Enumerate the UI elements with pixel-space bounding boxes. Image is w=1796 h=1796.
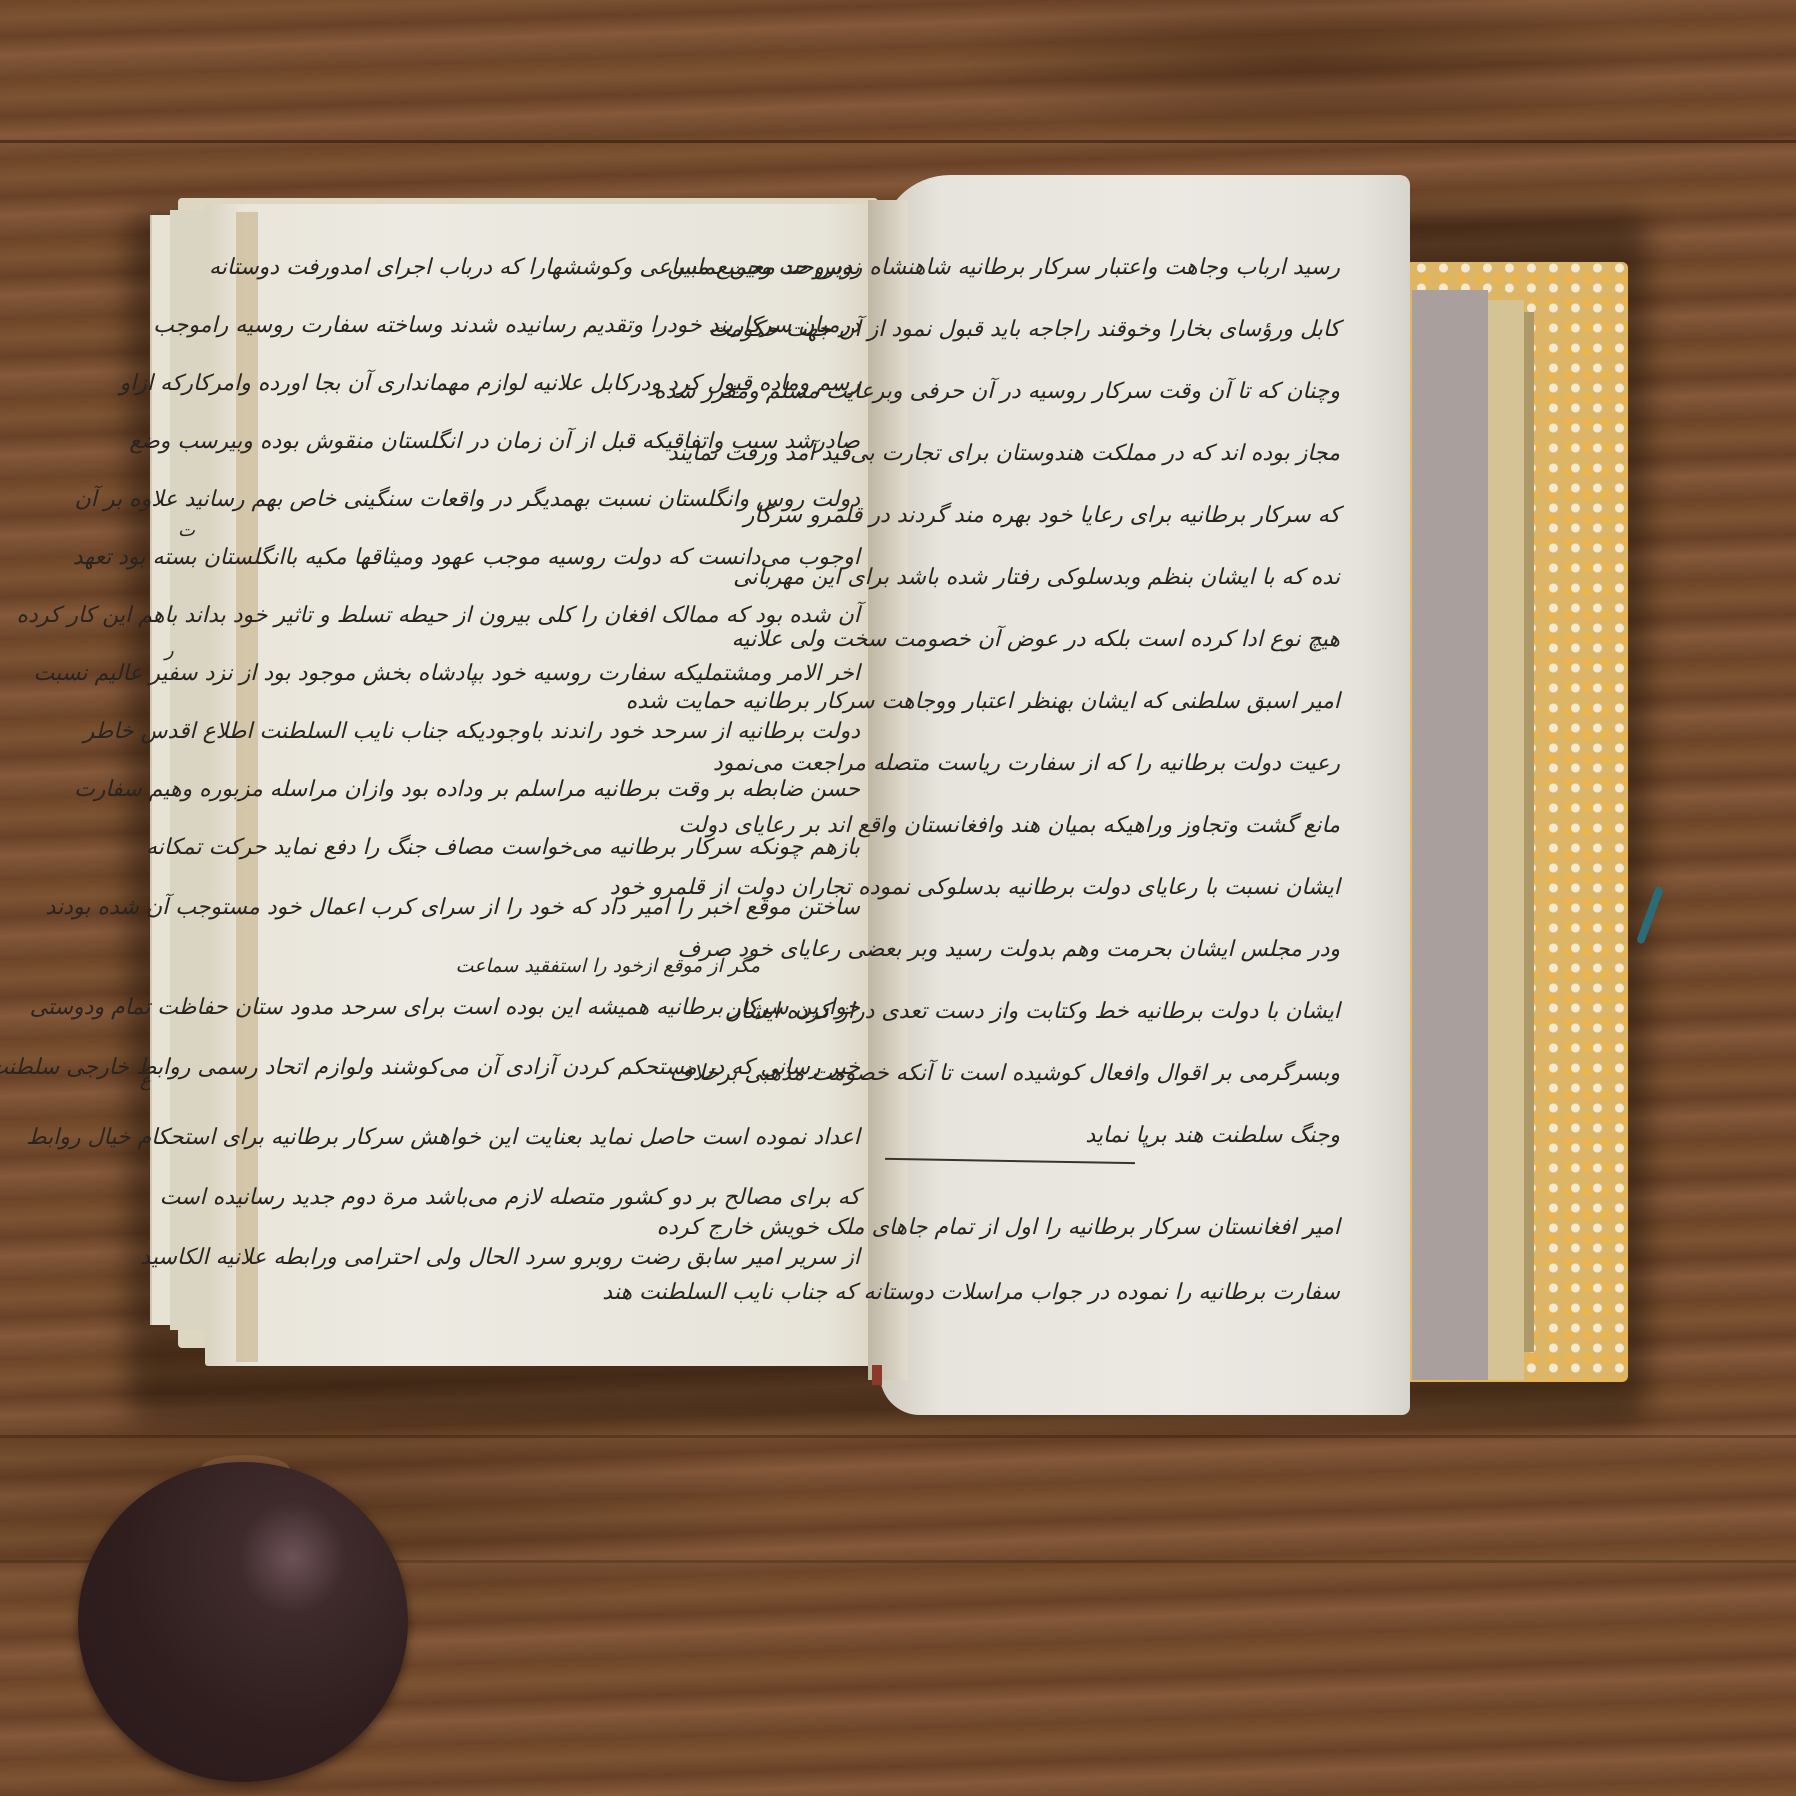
manuscript-line: نده که با ایشان بنظم وبدسلوکی رفتار شده … (733, 565, 1340, 590)
manuscript-line: اعداد نموده است حاصل نماید بعنایت این خو… (26, 1125, 860, 1150)
manuscript-line: امیر افغانستان سرکار برطانیه را اول از ت… (657, 1215, 1340, 1240)
manuscript-line: ایشان نسبت با رعایای دولت برطانیه بدسلوک… (610, 875, 1340, 900)
manuscript-line: وجنگ سلطنت هند برپا نماید (1085, 1123, 1340, 1148)
manuscript-line: رعیت دولت برطانیه را که از سفارت ریاست م… (713, 751, 1340, 776)
right-page-text: رسید ارباب وجاهت واعتبار سرکار برطانیه ش… (900, 255, 1340, 1345)
manuscript-line: وبسرگرمی بر اقوال وافعال کوشیده است تا آ… (670, 1061, 1340, 1086)
manuscript-line: دولت روس وانگلستان نسبت بهمدیگر در واقعا… (75, 487, 860, 512)
manuscript-line: آن شده بود که ممالک افغان را کلی بیرون ا… (17, 603, 861, 628)
wood-grain (0, 1435, 1796, 1438)
manuscript-line: سفارت برطانیه را نموده در جواب مراسلات د… (602, 1280, 1340, 1305)
margin-mark: ع (140, 1070, 151, 1091)
leather-coaster[interactable] (78, 1462, 408, 1782)
manuscript-line: وچنان که تا آن وقت سرکار روسیه در آن حرف… (654, 379, 1340, 404)
manuscript-line: که سرکار برطانیه برای رعایا خود بهره مند… (744, 503, 1340, 528)
manuscript-line: کابل ورؤسای بخارا وخوقند راجاجه باید قبو… (709, 317, 1340, 342)
manuscript-line: مانع گشت وتجاوز وراهیکه بمیان هند وافغان… (678, 813, 1340, 838)
left-page-text: ندیروحت وجمیع مساعی وکوششهارا که درباب ا… (350, 255, 860, 1315)
spine-thread (872, 1365, 882, 1385)
wood-grain (0, 140, 1796, 143)
manuscript-line: بازهم چونکه سرکار برطانیه می‌خواست مصاف … (146, 835, 860, 860)
manuscript-line: امیر اسبق سلطنی که ایشان بهنظر اعتبار وو… (626, 689, 1340, 714)
manuscript-line: که برای مصالح بر دو کشور متصله لازم می‌ب… (160, 1185, 860, 1210)
manuscript-line: مجاز بوده اند که در مملکت هندوستان برای … (668, 441, 1340, 466)
manuscript-line: هیچ نوع ادا کرده است بلکه در عوض آن خصوم… (732, 627, 1340, 652)
margin-mark: ت (178, 520, 195, 541)
manuscript-line: اخر الامر ومشتملیکه سفارت روسیه خود بپاد… (33, 661, 860, 686)
manuscript-line: از سریر امیر سابق رضت روبرو سرد الحال ول… (140, 1245, 860, 1270)
manuscript-line: ایشان با دولت برطانیه خط وکتابت واز دست … (725, 999, 1340, 1024)
manuscript-line: رسید ارباب وجاهت واعتبار سرکار برطانیه ش… (667, 255, 1340, 280)
endleaf (1488, 300, 1524, 1380)
margin-mark: ر (165, 640, 174, 661)
manuscript-line: حسن ضابطه بر وقت برطانیه مراسلم بر وداده… (74, 777, 860, 802)
manuscript-line: ودر مجلس ایشان بحرمت وهم بدولت رسید وبر … (678, 937, 1341, 962)
endleaf (1412, 290, 1488, 1380)
manuscript-line: دولت برطانیه از سرحد خود راندند باوجودیک… (84, 719, 860, 744)
